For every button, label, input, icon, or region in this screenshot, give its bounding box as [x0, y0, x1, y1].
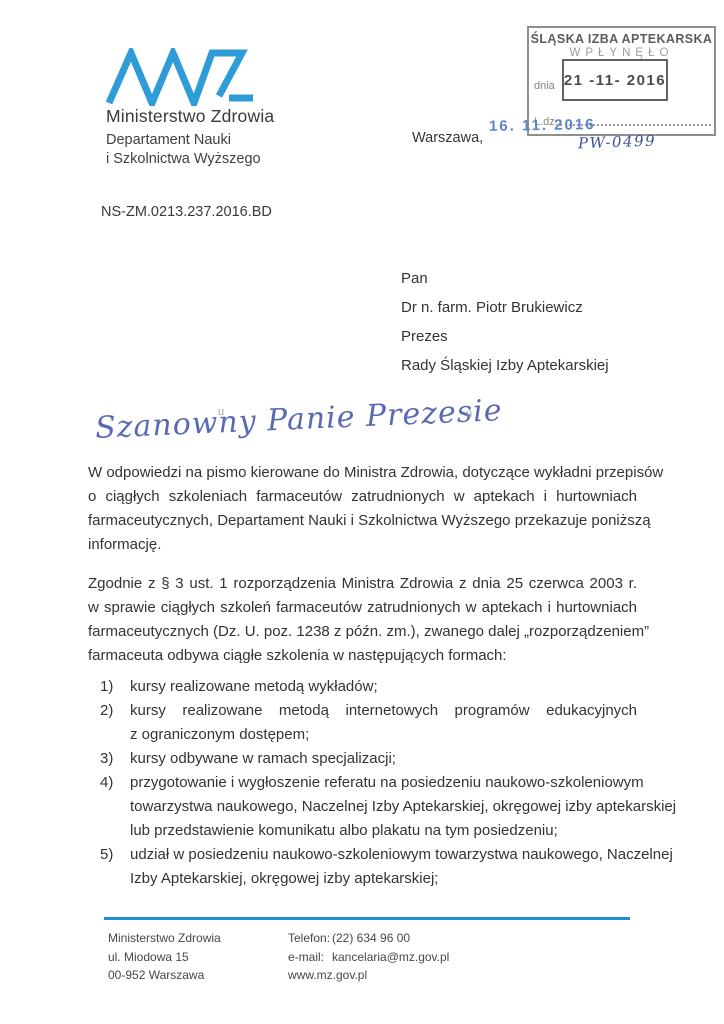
blue-date-stamp: 16. 11. 2016: [489, 116, 596, 135]
stamp-received-label: WPŁYNĘŁO: [529, 47, 714, 59]
list-item-text: przygotowanie i wygłoszenie referatu na …: [130, 771, 637, 843]
phone-label: Telefon:: [288, 929, 332, 948]
handwritten-greeting: Szanowny Panie Prezesie: [94, 393, 503, 446]
list-item: 3) kursy odbywane w ramach specjalizacji…: [88, 747, 637, 771]
list-item-text: kursy odbywane w ramach specjalizacji;: [130, 747, 637, 771]
list-item-number: 2): [100, 699, 130, 747]
department-line1: Departament Nauki: [106, 131, 261, 150]
handwritten-reference-number: PW-0499: [578, 132, 657, 153]
paragraph-line: W odpowiedzi na pismo kierowane do Minis…: [88, 461, 637, 485]
list-line: kursy odbywane w ramach specjalizacji;: [130, 747, 637, 771]
footer-website-row: www.mz.gov.pl: [288, 966, 449, 985]
addressee-block: Pan Dr n. farm. Piotr Brukiewicz Prezes …: [401, 264, 609, 380]
list-item: 4) przygotowanie i wygłoszenie referatu …: [88, 771, 637, 843]
footer-phone-row: Telefon: (22) 634 96 00: [288, 929, 449, 948]
scanned-letter-page: Ministerstwo Zdrowia Departament Nauki i…: [0, 0, 724, 1024]
paragraph-line: farmaceuta odbywa ciągłe szkolenia w nas…: [88, 644, 637, 668]
list-item: 1) kursy realizowane metodą wykładów;: [88, 675, 637, 699]
stamp-date-label: dnia: [534, 80, 555, 92]
footer-divider-line: [104, 917, 630, 920]
list-line: towarzystwa naukowego, Naczelnej Izby Ap…: [130, 795, 637, 819]
footer-address-block: Ministerstwo Zdrowia ul. Miodowa 15 00-9…: [108, 929, 221, 985]
ministry-of-health-logo-icon: [106, 48, 256, 111]
scan-artifact-mark: u: [218, 406, 224, 418]
scan-artifact-mark: u: [466, 408, 472, 420]
list-item-number: 4): [100, 771, 130, 843]
addressee-title: Prezes: [401, 322, 609, 351]
email-label: e-mail:: [288, 948, 332, 967]
list-item-number: 5): [100, 843, 130, 891]
list-line: kursy realizowane metodą internetowych p…: [130, 699, 637, 723]
list-item-number: 1): [100, 675, 130, 699]
email-address: kancelaria@mz.gov.pl: [332, 948, 449, 967]
stamp-date: 21 -11- 2016: [564, 72, 666, 89]
paragraph-line: w sprawie ciągłych szkoleń farmaceutów z…: [88, 596, 637, 620]
list-line: przygotowanie i wygłoszenie referatu na …: [130, 771, 637, 795]
stamp-date-box: 21 -11- 2016: [562, 59, 668, 101]
phone-number: (22) 634 96 00: [332, 929, 410, 948]
case-reference-number: NS-ZM.0213.237.2016.BD: [101, 204, 272, 220]
city-dateline: Warszawa,: [412, 130, 483, 146]
list-item-number: 3): [100, 747, 130, 771]
department-line2: i Szkolnictwa Wyższego: [106, 150, 261, 169]
addressee-salutation: Pan: [401, 264, 609, 293]
list-item-text: udział w posiedzeniu naukowo-szkoleniowy…: [130, 843, 637, 891]
footer-ministry: Ministerstwo Zdrowia: [108, 929, 221, 948]
letter-body: W odpowiedzi na pismo kierowane do Minis…: [88, 461, 637, 891]
paragraph-1: W odpowiedzi na pismo kierowane do Minis…: [88, 461, 637, 557]
list-line: udział w posiedzeniu naukowo-szkoleniowy…: [130, 843, 637, 867]
list-line: Izby Aptekarskiej, okręgowej izby apteka…: [130, 867, 637, 891]
ministry-name: Ministerstwo Zdrowia: [106, 106, 274, 127]
footer-contact-block: Telefon: (22) 634 96 00 e-mail: kancelar…: [288, 929, 449, 985]
paragraph-line: informację.: [88, 533, 637, 557]
list-line: kursy realizowane metodą wykładów;: [130, 675, 637, 699]
addressee-organization: Rady Śląskiej Izby Aptekarskiej: [401, 351, 609, 380]
paragraph-2: Zgodnie z § 3 ust. 1 rozporządzenia Mini…: [88, 572, 637, 668]
paragraph-line: farmaceutycznych, Departament Nauki i Sz…: [88, 509, 637, 533]
paragraph-line: Zgodnie z § 3 ust. 1 rozporządzenia Mini…: [88, 572, 637, 596]
addressee-name: Dr n. farm. Piotr Brukiewicz: [401, 293, 609, 322]
list-line: lub przedstawienie komunikatu albo plaka…: [130, 819, 637, 843]
list-item-text: kursy realizowane metodą wykładów;: [130, 675, 637, 699]
footer-street: ul. Miodowa 15: [108, 948, 221, 967]
list-line: z ograniczonym dostępem;: [130, 723, 637, 747]
list-item-text: kursy realizowane metodą internetowych p…: [130, 699, 637, 747]
website-url: www.mz.gov.pl: [288, 966, 367, 985]
paragraph-line: farmaceutycznych (Dz. U. poz. 1238 z póź…: [88, 620, 637, 644]
department-name: Departament Nauki i Szkolnictwa Wyższego: [106, 131, 261, 169]
list-item: 2) kursy realizowane metodą internetowyc…: [88, 699, 637, 747]
paragraph-line: o ciągłych szkoleniach farmaceutów zatru…: [88, 485, 637, 509]
stamp-organization: ŚLĄSKA IZBA APTEKARSKA: [529, 32, 714, 46]
list-item: 5) udział w posiedzeniu naukowo-szkoleni…: [88, 843, 637, 891]
footer-email-row: e-mail: kancelaria@mz.gov.pl: [288, 948, 449, 967]
footer-city: 00-952 Warszawa: [108, 966, 221, 985]
